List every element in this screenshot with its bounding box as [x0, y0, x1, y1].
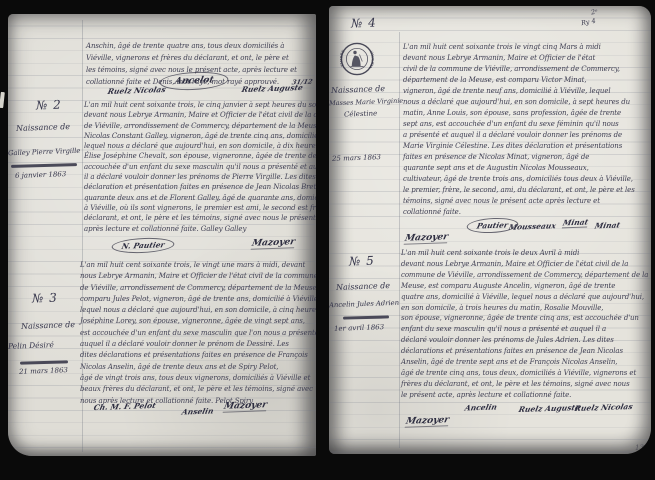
act-5-margin-heading: Naissance de	[336, 281, 390, 292]
manuscript-line: vigneron, âgé de trente neuf ans, domici…	[403, 86, 635, 97]
act-4-margin-name-2: Célestine	[344, 109, 377, 118]
marginal-number-note: 31/12	[291, 78, 313, 87]
manuscript-line: devant nous Lebrye Armanin, Maire et Off…	[401, 259, 648, 270]
signature-flourish: Mazoyer	[404, 232, 449, 244]
act-3-text: L'an mil huit cent soixante trois, le vi…	[80, 260, 316, 407]
act-5-margin-date: 1er avril 1863	[334, 323, 384, 333]
manuscript-line: après lecture et collationné faite. Gall…	[84, 224, 316, 234]
manuscript-line: collationné faite.	[403, 207, 635, 218]
manuscript-line: a présenté et auquel il a déclaré vouloi…	[403, 130, 635, 141]
manuscript-line: lequel nous a déclaré que aujourd'hui, e…	[84, 141, 316, 151]
manuscript-line: son épouse, vigneronne, âgée de trente c…	[401, 313, 648, 324]
manuscript-line: L'an mil huit cent soixante trois, le ci…	[84, 100, 316, 110]
manuscript-line: âgé de trente cinq ans, tous deux, domic…	[401, 368, 648, 379]
act-3-margin-date: 21 mars 1863	[19, 366, 68, 376]
act-2-margin-number: № 2	[36, 98, 62, 113]
act-2-margin-date: 6 janvier 1863	[15, 170, 67, 180]
signature: Ancelin	[464, 402, 498, 412]
manuscript-line: département de la Meuse, est comparu Vic…	[403, 75, 635, 86]
manuscript-line: Anschin, âgé de trente quatre ans, tous …	[86, 40, 297, 52]
manuscript-line: dites déclarations et présentations fait…	[80, 350, 316, 361]
signature: Ruelz Auguste	[518, 403, 581, 414]
timbre-imperial-stamp: TIMBRE IMPÉRIAL	[340, 42, 374, 76]
scanned-register-spread: Anschin, âgé de trente quatre ans, tous …	[0, 0, 655, 480]
corner-archive-note: Ry 4	[580, 17, 596, 27]
act-4-margin-number: № 4	[351, 16, 377, 31]
signature: Minat	[594, 221, 621, 231]
signature: Ruelz Nicolas	[574, 402, 634, 413]
manuscript-line: Nicolas Anselin, âgé de trente deux ans …	[80, 362, 316, 373]
manuscript-line: L'an mil huit cent soixante trois le vin…	[403, 42, 635, 53]
act-2-margin-name: Galley Pierre Virgille	[8, 147, 81, 158]
manuscript-line: déclarations et présentations faites en …	[401, 346, 648, 357]
manuscript-line: quatre ans, domicilié à Viéville, lequel…	[401, 292, 648, 303]
manuscript-line: Anselin, âgé de trente sept ans et de Fr…	[401, 357, 648, 368]
manuscript-line: Élise Joséphine Chevalt, son épouse, vig…	[84, 151, 316, 161]
manuscript-line: déclaré vouloir donner les prénoms de Ju…	[401, 335, 648, 346]
manuscript-line: lequel nous a déclaré que aujourd'hui, e…	[80, 305, 316, 316]
signature: Mousseaux	[508, 221, 557, 232]
manuscript-line: le présent acte, après lecture et collat…	[401, 390, 648, 401]
signature-oval: N. Pautier	[110, 237, 176, 254]
stamp-figure-head	[353, 51, 356, 54]
manuscript-line: L'an mil huit cent soixante trois, le vi…	[80, 260, 316, 271]
act-2-margin-heading: Naissance de	[16, 122, 70, 133]
signature: Minat	[562, 218, 589, 229]
stamp-text-left: TIMBRE	[340, 49, 346, 67]
manuscript-line: sept ans, est accouchée d'un enfant du s…	[403, 119, 635, 130]
manuscript-line: quarante sept ans et de Augustin Nicolas…	[403, 163, 635, 174]
manuscript-line: déclaration et présentation faites en pr…	[84, 182, 316, 192]
manuscript-line: frères du déclarant, et ont, le père et …	[401, 379, 648, 390]
manuscript-line: devant nous Lebrye Armanin, Maire et Off…	[84, 110, 316, 120]
act-4-margin-name: Masses Marie Virginie	[329, 97, 403, 108]
act-4-text: L'an mil huit cent soixante trois le vin…	[403, 42, 635, 218]
signature: Ch. M. F. Pelot	[93, 401, 157, 412]
act-2-text: L'an mil huit cent soixante trois, le ci…	[84, 100, 316, 234]
act-3-margin-number: № 3	[32, 291, 58, 306]
manuscript-line: commune de Viéville, arrondissement de C…	[401, 270, 648, 281]
act-5-margin-name: Ancelin Jules Adrien	[329, 299, 399, 309]
margin-underline	[11, 163, 77, 167]
scan-edge-artifact	[0, 92, 5, 108]
manuscript-line: accouchée d'un enfant du sexe masculin q…	[84, 162, 316, 172]
act-3-margin-name: Pelin Désiré	[8, 340, 54, 351]
act-4-margin-date: 25 mars 1863	[332, 153, 381, 163]
stamp-figure-body	[352, 56, 361, 67]
manuscript-line: faites en présence de Nicolas Minat, vig…	[403, 152, 635, 163]
signature: Anselin	[181, 406, 215, 416]
manuscript-line: beaux frères du déclarant, et ont, le pè…	[80, 384, 316, 395]
signature-flourish: Mazoyer	[405, 415, 450, 427]
manuscript-line: à Viéville, où ils sont vignerons, le pr…	[84, 203, 316, 213]
manuscript-line: nous a déclaré que aujourd'hui, en son d…	[403, 97, 635, 108]
manuscript-line: devant nous Lebrye Armanin, Maire et Off…	[403, 53, 635, 64]
manuscript-line: L'an mil huit cent soixante trois le deu…	[401, 248, 648, 259]
manuscript-line: de Viéville, arrondissement de Commercy,…	[84, 121, 316, 131]
manuscript-line: comparu Jules Pelot, vigneron, âgé de tr…	[80, 294, 316, 305]
manuscript-line: matin, Anne Louis, son épouse, sans prof…	[403, 108, 635, 119]
manuscript-line: le premier, frère, le second, ami, du dé…	[403, 185, 635, 196]
register-page-left: Anschin, âgé de trente quatre ans, tous …	[8, 14, 316, 456]
act-5-text: L'an mil huit cent soixante trois le deu…	[401, 248, 648, 401]
manuscript-line: nous Lebrye Armanin, Maire et Officier d…	[80, 271, 316, 282]
manuscript-line: cultivateur, âgé de trente trois ans, do…	[403, 174, 635, 185]
manuscript-line: quarante deux ans et de Florent Galley, …	[84, 193, 316, 203]
manuscript-line: Marie Virginie Célestine. Les dites décl…	[403, 141, 635, 152]
manuscript-line: auquel il a déclaré vouloir donner le pr…	[80, 339, 316, 350]
manuscript-line: témoins, signé avec nous le présent acte…	[403, 196, 635, 207]
manuscript-line: déclarant, et ont, le père et les témoin…	[84, 213, 316, 223]
signature-flourish: Mazoyer	[223, 400, 268, 412]
page-number: 13	[635, 444, 644, 452]
signature: Ruelz Nicolas	[107, 85, 167, 96]
manuscript-line: est accouchée d'un enfant du sexe mascul…	[80, 328, 316, 339]
margin-rule-line	[399, 32, 400, 448]
manuscript-line: de Viéville, arrondissement de Commercy,…	[80, 283, 316, 294]
manuscript-line: il a déclaré vouloir donner les prénoms …	[84, 172, 316, 182]
act-5-margin-number: № 5	[349, 254, 375, 269]
manuscript-line: Joséphine Lorey, son épouse, vigneronne,…	[80, 316, 316, 327]
margin-underline	[343, 315, 389, 319]
register-page-right: 2ᵉ Ry 4 № 4 TIMBRE IMPÉRIAL Naissance de…	[329, 6, 651, 454]
manuscript-line: en son domicile, à trois heures du matin…	[401, 303, 648, 314]
act-4-margin-heading: Naissance de	[331, 84, 385, 95]
signature-flourish: Mazoyer	[251, 237, 296, 249]
manuscript-line: enfant du sexe masculin qu'il nous a pré…	[401, 324, 648, 335]
margin-underline	[20, 360, 68, 364]
manuscript-line: Meuse, est comparu Auguste Ancelin, vign…	[401, 281, 648, 292]
act-3-margin-heading: Naissance de	[21, 320, 75, 331]
manuscript-line: âgé de vingt trois ans, tous deux vigner…	[80, 373, 316, 384]
manuscript-line: civil de la commune de Viéville, arrondi…	[403, 64, 635, 75]
manuscript-line: Nicolas Constant Galley, vigneron, âgé d…	[84, 131, 316, 141]
manuscript-line: Viéville, vignerons et frères du déclara…	[86, 52, 297, 64]
corner-archive-note: 2ᵉ	[590, 7, 598, 16]
